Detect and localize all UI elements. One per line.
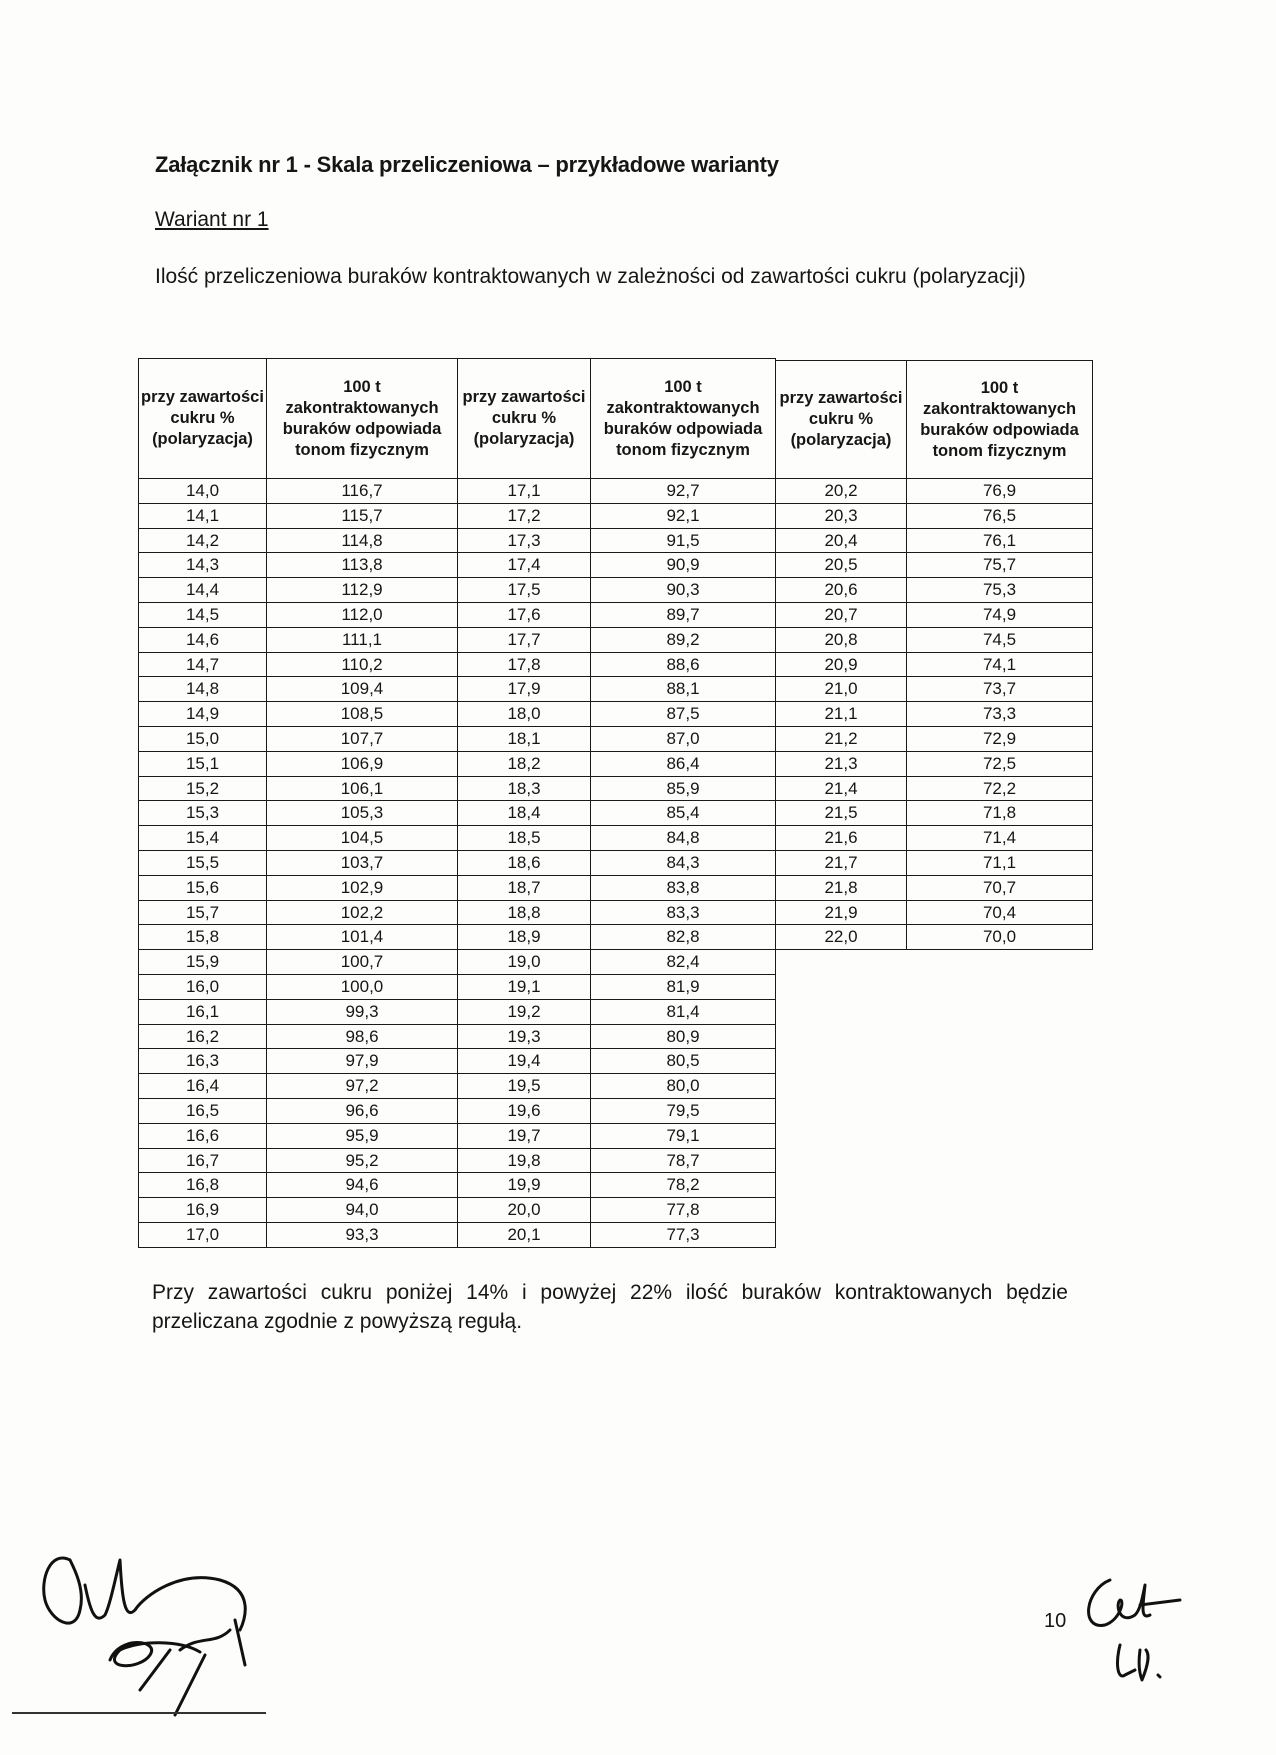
sugar-cell: 16,6: [139, 1123, 267, 1148]
tons-cell: 116,7: [267, 479, 458, 504]
tons-cell: 76,9: [907, 479, 1093, 504]
sugar-cell: 20,1: [458, 1222, 591, 1247]
sugar-cell: 17,5: [458, 578, 591, 603]
sugar-cell: 18,3: [458, 776, 591, 801]
sugar-cell: 20,5: [776, 553, 907, 578]
sugar-cell: 19,0: [458, 950, 591, 975]
table-row: 21,870,7: [776, 875, 1093, 900]
sugar-cell: 16,2: [139, 1024, 267, 1049]
footnote-paragraph: Przy zawartości cukru poniżej 14% i powy…: [152, 1278, 1068, 1336]
tons-cell: 88,1: [591, 677, 776, 702]
table-row: 15,1106,918,286,4: [139, 751, 776, 776]
header-tons-1: 100 t zakontraktowanych buraków odpowiad…: [267, 359, 458, 479]
tons-cell: 109,4: [267, 677, 458, 702]
tons-cell: 114,8: [267, 528, 458, 553]
table-row: 16,596,619,679,5: [139, 1098, 776, 1123]
sugar-cell: 17,8: [458, 652, 591, 677]
sugar-cell: 21,5: [776, 801, 907, 826]
table-row: 16,397,919,480,5: [139, 1049, 776, 1074]
table-row: 14,8109,417,988,1: [139, 677, 776, 702]
signature-right-icon: [1080, 1570, 1190, 1690]
sugar-cell: 17,9: [458, 677, 591, 702]
sugar-cell: 14,3: [139, 553, 267, 578]
sugar-cell: 18,2: [458, 751, 591, 776]
sugar-cell: 17,3: [458, 528, 591, 553]
table-row: 16,298,619,380,9: [139, 1024, 776, 1049]
tons-cell: 80,5: [591, 1049, 776, 1074]
table-row: 16,894,619,978,2: [139, 1173, 776, 1198]
tons-cell: 75,3: [907, 578, 1093, 603]
sugar-cell: 22,0: [776, 925, 907, 950]
table-row: 15,0107,718,187,0: [139, 726, 776, 751]
sugar-cell: 18,9: [458, 925, 591, 950]
table-row: 20,376,5: [776, 503, 1093, 528]
sugar-cell: 21,2: [776, 726, 907, 751]
tons-cell: 80,0: [591, 1074, 776, 1099]
header-sugar-1: przy zawartości cukru % (polaryzacja): [139, 359, 267, 479]
sugar-cell: 14,7: [139, 652, 267, 677]
tons-cell: 73,3: [907, 702, 1093, 727]
intro-paragraph: Ilość przeliczeniowa buraków kontraktowa…: [155, 262, 1067, 291]
tons-cell: 92,7: [591, 479, 776, 504]
sugar-cell: 17,0: [139, 1222, 267, 1247]
sugar-cell: 21,7: [776, 850, 907, 875]
sugar-cell: 15,8: [139, 925, 267, 950]
tons-cell: 106,1: [267, 776, 458, 801]
sugar-cell: 14,5: [139, 602, 267, 627]
tons-cell: 113,8: [267, 553, 458, 578]
sugar-cell: 16,0: [139, 974, 267, 999]
tons-cell: 108,5: [267, 702, 458, 727]
tons-cell: 85,4: [591, 801, 776, 826]
sugar-cell: 21,3: [776, 751, 907, 776]
sugar-cell: 15,3: [139, 801, 267, 826]
sugar-cell: 17,7: [458, 627, 591, 652]
sugar-cell: 20,3: [776, 503, 907, 528]
sugar-cell: 18,1: [458, 726, 591, 751]
table-row: 21,372,5: [776, 751, 1093, 776]
table-row: 20,476,1: [776, 528, 1093, 553]
sugar-cell: 20,7: [776, 602, 907, 627]
sugar-cell: 19,4: [458, 1049, 591, 1074]
tons-cell: 80,9: [591, 1024, 776, 1049]
sugar-cell: 14,4: [139, 578, 267, 603]
sugar-cell: 19,2: [458, 999, 591, 1024]
sugar-cell: 17,4: [458, 553, 591, 578]
sugar-cell: 19,3: [458, 1024, 591, 1049]
tons-cell: 102,9: [267, 875, 458, 900]
sugar-cell: 21,4: [776, 776, 907, 801]
tons-cell: 96,6: [267, 1098, 458, 1123]
tons-cell: 88,6: [591, 652, 776, 677]
tons-cell: 94,6: [267, 1173, 458, 1198]
table-row: 14,9108,518,087,5: [139, 702, 776, 727]
sugar-cell: 18,4: [458, 801, 591, 826]
tons-cell: 76,5: [907, 503, 1093, 528]
tons-cell: 77,8: [591, 1198, 776, 1223]
table-row: 15,2106,118,385,9: [139, 776, 776, 801]
sugar-cell: 15,4: [139, 826, 267, 851]
tons-cell: 100,7: [267, 950, 458, 975]
sugar-cell: 21,8: [776, 875, 907, 900]
sugar-cell: 17,2: [458, 503, 591, 528]
table-row: 16,199,319,281,4: [139, 999, 776, 1024]
tons-cell: 83,3: [591, 900, 776, 925]
tons-cell: 100,0: [267, 974, 458, 999]
tons-cell: 92,1: [591, 503, 776, 528]
tons-cell: 70,7: [907, 875, 1093, 900]
tons-cell: 95,2: [267, 1148, 458, 1173]
sugar-cell: 20,8: [776, 627, 907, 652]
sugar-cell: 15,5: [139, 850, 267, 875]
tons-cell: 105,3: [267, 801, 458, 826]
sugar-cell: 20,0: [458, 1198, 591, 1223]
tons-cell: 112,0: [267, 602, 458, 627]
table-row: 22,070,0: [776, 925, 1093, 950]
table-row: 16,994,020,077,8: [139, 1198, 776, 1223]
sugar-cell: 15,6: [139, 875, 267, 900]
tons-cell: 81,9: [591, 974, 776, 999]
sugar-cell: 20,9: [776, 652, 907, 677]
table-row: 14,4112,917,590,3: [139, 578, 776, 603]
tons-cell: 81,4: [591, 999, 776, 1024]
table-row: 21,173,3: [776, 702, 1093, 727]
sugar-cell: 19,7: [458, 1123, 591, 1148]
header-tons-2: 100 t zakontraktowanych buraków odpowiad…: [591, 359, 776, 479]
sugar-cell: 20,4: [776, 528, 907, 553]
table-row: 20,675,3: [776, 578, 1093, 603]
sugar-cell: 14,9: [139, 702, 267, 727]
sugar-cell: 21,1: [776, 702, 907, 727]
tons-cell: 87,0: [591, 726, 776, 751]
table-row: 14,2114,817,391,5: [139, 528, 776, 553]
conversion-table-right: przy zawartości cukru % (polaryzacja) 10…: [775, 360, 1093, 950]
sugar-cell: 15,9: [139, 950, 267, 975]
table-row: 20,774,9: [776, 602, 1093, 627]
sugar-cell: 15,0: [139, 726, 267, 751]
table-row: 16,695,919,779,1: [139, 1123, 776, 1148]
tons-cell: 90,9: [591, 553, 776, 578]
tons-cell: 85,9: [591, 776, 776, 801]
tons-cell: 104,5: [267, 826, 458, 851]
table-row: 15,9100,719,082,4: [139, 950, 776, 975]
tons-cell: 71,1: [907, 850, 1093, 875]
table-row: 15,5103,718,684,3: [139, 850, 776, 875]
table-row: 21,571,8: [776, 801, 1093, 826]
table-row: 20,575,7: [776, 553, 1093, 578]
sugar-cell: 16,9: [139, 1198, 267, 1223]
header-tons-3: 100 t zakontraktowanych buraków odpowiad…: [907, 361, 1093, 479]
tons-cell: 102,2: [267, 900, 458, 925]
tons-cell: 82,4: [591, 950, 776, 975]
table-body-right: 20,276,920,376,520,476,120,575,720,675,3…: [776, 479, 1093, 950]
document-title: Załącznik nr 1 - Skala przeliczeniowa – …: [155, 152, 779, 178]
sugar-cell: 16,7: [139, 1148, 267, 1173]
table-row: 20,276,9: [776, 479, 1093, 504]
tons-cell: 86,4: [591, 751, 776, 776]
tons-cell: 97,9: [267, 1049, 458, 1074]
tons-cell: 99,3: [267, 999, 458, 1024]
sugar-cell: 16,5: [139, 1098, 267, 1123]
tons-cell: 110,2: [267, 652, 458, 677]
sugar-cell: 14,0: [139, 479, 267, 504]
sugar-cell: 14,1: [139, 503, 267, 528]
table-row: 20,874,5: [776, 627, 1093, 652]
table-row: 20,974,1: [776, 652, 1093, 677]
sugar-cell: 16,8: [139, 1173, 267, 1198]
sugar-cell: 21,0: [776, 677, 907, 702]
tons-cell: 101,4: [267, 925, 458, 950]
table-row: 14,7110,217,888,6: [139, 652, 776, 677]
tons-cell: 98,6: [267, 1024, 458, 1049]
table-row: 15,3105,318,485,4: [139, 801, 776, 826]
tons-cell: 71,8: [907, 801, 1093, 826]
table-row: 15,4104,518,584,8: [139, 826, 776, 851]
signature-line: [12, 1712, 266, 1714]
table-row: 21,472,2: [776, 776, 1093, 801]
tons-cell: 78,7: [591, 1148, 776, 1173]
sugar-cell: 18,6: [458, 850, 591, 875]
tons-cell: 73,7: [907, 677, 1093, 702]
tons-cell: 89,7: [591, 602, 776, 627]
sugar-cell: 14,2: [139, 528, 267, 553]
tons-cell: 97,2: [267, 1074, 458, 1099]
sugar-cell: 15,7: [139, 900, 267, 925]
table-row: 14,6111,117,789,2: [139, 627, 776, 652]
tons-cell: 111,1: [267, 627, 458, 652]
table-row: 15,7102,218,883,3: [139, 900, 776, 925]
sugar-cell: 19,9: [458, 1173, 591, 1198]
tons-cell: 82,8: [591, 925, 776, 950]
table-row: 16,795,219,878,7: [139, 1148, 776, 1173]
table-row: 21,272,9: [776, 726, 1093, 751]
sugar-cell: 19,6: [458, 1098, 591, 1123]
sugar-cell: 20,2: [776, 479, 907, 504]
tons-cell: 106,9: [267, 751, 458, 776]
header-sugar-2: przy zawartości cukru % (polaryzacja): [458, 359, 591, 479]
table-body-main: 14,0116,717,192,714,1115,717,292,114,211…: [139, 479, 776, 1248]
sugar-cell: 21,6: [776, 826, 907, 851]
tons-cell: 93,3: [267, 1222, 458, 1247]
sugar-cell: 16,3: [139, 1049, 267, 1074]
table-row: 21,970,4: [776, 900, 1093, 925]
tons-cell: 79,1: [591, 1123, 776, 1148]
table-row: 16,0100,019,181,9: [139, 974, 776, 999]
tons-cell: 79,5: [591, 1098, 776, 1123]
tons-cell: 76,1: [907, 528, 1093, 553]
table-row: 14,3113,817,490,9: [139, 553, 776, 578]
sugar-cell: 18,7: [458, 875, 591, 900]
header-sugar-3: przy zawartości cukru % (polaryzacja): [776, 361, 907, 479]
table-row: 16,497,219,580,0: [139, 1074, 776, 1099]
tons-cell: 78,2: [591, 1173, 776, 1198]
tons-cell: 91,5: [591, 528, 776, 553]
sugar-cell: 19,5: [458, 1074, 591, 1099]
tons-cell: 84,3: [591, 850, 776, 875]
tons-cell: 94,0: [267, 1198, 458, 1223]
tons-cell: 115,7: [267, 503, 458, 528]
table-row: 14,5112,017,689,7: [139, 602, 776, 627]
conversion-table-main: przy zawartości cukru % (polaryzacja) 10…: [138, 358, 776, 1248]
sugar-cell: 16,4: [139, 1074, 267, 1099]
tons-cell: 87,5: [591, 702, 776, 727]
tons-cell: 70,4: [907, 900, 1093, 925]
tons-cell: 74,5: [907, 627, 1093, 652]
table-row: 15,6102,918,783,8: [139, 875, 776, 900]
tons-cell: 107,7: [267, 726, 458, 751]
table-row: 14,1115,717,292,1: [139, 503, 776, 528]
page-number: 10: [1044, 1610, 1066, 1633]
table-row: 15,8101,418,982,8: [139, 925, 776, 950]
tons-cell: 95,9: [267, 1123, 458, 1148]
tons-cell: 72,2: [907, 776, 1093, 801]
sugar-cell: 14,8: [139, 677, 267, 702]
tons-cell: 72,9: [907, 726, 1093, 751]
sugar-cell: 18,0: [458, 702, 591, 727]
table-row: 21,073,7: [776, 677, 1093, 702]
table-row: 21,771,1: [776, 850, 1093, 875]
signature-left-icon: [30, 1540, 270, 1720]
sugar-cell: 17,1: [458, 479, 591, 504]
variant-heading: Wariant nr 1: [155, 208, 269, 232]
table-row: 14,0116,717,192,7: [139, 479, 776, 504]
sugar-cell: 19,8: [458, 1148, 591, 1173]
tons-cell: 83,8: [591, 875, 776, 900]
tons-cell: 71,4: [907, 826, 1093, 851]
tons-cell: 84,8: [591, 826, 776, 851]
tons-cell: 74,9: [907, 602, 1093, 627]
sugar-cell: 16,1: [139, 999, 267, 1024]
tons-cell: 112,9: [267, 578, 458, 603]
tons-cell: 74,1: [907, 652, 1093, 677]
sugar-cell: 15,2: [139, 776, 267, 801]
tons-cell: 75,7: [907, 553, 1093, 578]
tons-cell: 89,2: [591, 627, 776, 652]
sugar-cell: 21,9: [776, 900, 907, 925]
sugar-cell: 18,8: [458, 900, 591, 925]
sugar-cell: 18,5: [458, 826, 591, 851]
tons-cell: 72,5: [907, 751, 1093, 776]
sugar-cell: 20,6: [776, 578, 907, 603]
sugar-cell: 19,1: [458, 974, 591, 999]
tons-cell: 77,3: [591, 1222, 776, 1247]
sugar-cell: 14,6: [139, 627, 267, 652]
tons-cell: 103,7: [267, 850, 458, 875]
table-row: 21,671,4: [776, 826, 1093, 851]
table-row: 17,093,320,177,3: [139, 1222, 776, 1247]
sugar-cell: 15,1: [139, 751, 267, 776]
tons-cell: 70,0: [907, 925, 1093, 950]
sugar-cell: 17,6: [458, 602, 591, 627]
tons-cell: 90,3: [591, 578, 776, 603]
